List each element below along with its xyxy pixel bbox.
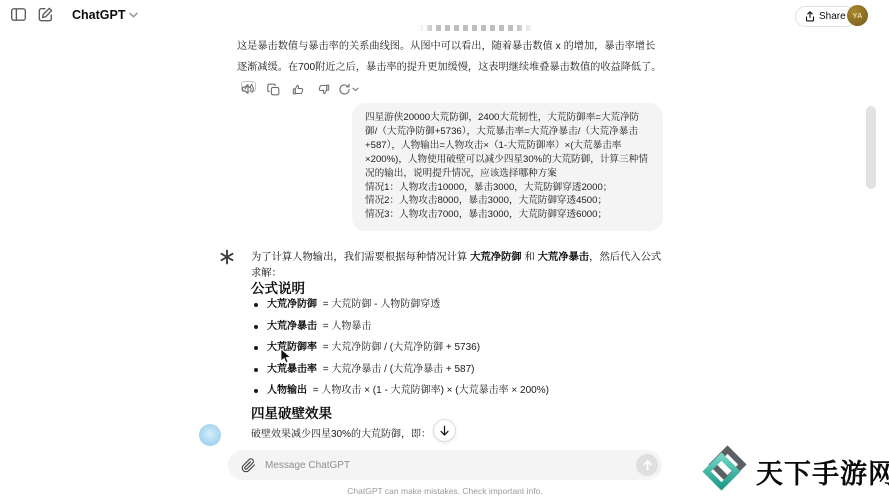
- diamond-logo-icon: [700, 444, 750, 498]
- copy-button[interactable]: [265, 81, 281, 97]
- user-message-case3: 情况3：人物攻击7000，暴击3000，大荒防御穿透6000；: [365, 208, 650, 222]
- formula-term: 大荒暴击率: [267, 364, 317, 375]
- formula-body: = 大荒防御 - 人物防御穿透: [323, 299, 441, 310]
- regenerate-icon: [338, 83, 351, 96]
- model-switcher[interactable]: ChatGPT: [72, 8, 138, 22]
- site-name: 天下手游网: [756, 452, 889, 491]
- intro-prefix: 为了计算人物输出，我们需要根据每种情况计算: [251, 252, 470, 263]
- thumbs-up-icon: [292, 83, 305, 96]
- formula-body: = 大荒净防御 / (大荒净防御 + 5736): [323, 342, 480, 353]
- formula-list: 大荒净防御 = 大荒防御 - 人物防御穿透 大荒净暴击 = 人物暴击 大荒防御率…: [251, 299, 661, 407]
- speaker-icon: [241, 82, 255, 96]
- bullet-dot-icon: [254, 303, 258, 307]
- formula-term: 人物输出: [267, 385, 307, 396]
- read-aloud-button[interactable]: [240, 81, 256, 97]
- message-input[interactable]: [265, 460, 636, 471]
- intro-term-2: 大荒净暴击: [538, 252, 589, 263]
- message-action-row: [240, 81, 356, 97]
- formula-body: = 人物攻击 × (1 - 大荒防御率) × (大荒暴击率 × 200%): [313, 385, 549, 396]
- disclaimer-text: ChatGPT can make mistakes. Check importa…: [228, 486, 662, 496]
- arrow-up-icon: [642, 460, 653, 471]
- assistant-top-text: 这是暴击数值与暴击率的关系曲线图。从图中可以看出，随着暴击数值 x 的增加，暴击…: [237, 41, 662, 73]
- list-item: 人物输出 = 人物攻击 × (1 - 大荒防御率) × (大荒暴击率 × 200…: [251, 385, 661, 397]
- app-title: ChatGPT: [72, 8, 125, 22]
- new-chat-pencil-icon: [37, 6, 54, 23]
- list-item: 大荒防御率 = 大荒净防御 / (大荒净防御 + 5736): [251, 342, 661, 354]
- arrow-down-icon: [439, 425, 450, 436]
- mouse-cursor: [280, 348, 292, 364]
- chatgpt-window: ChatGPT Share YA 这是暴击数值与暴击率的关系曲线图。从图中可以看…: [0, 0, 889, 500]
- chevron-down-icon: [352, 87, 359, 92]
- formula-body: = 人物暴击: [323, 321, 372, 332]
- formula-body: = 大荒净暴击 / (大荒净暴击 + 587): [323, 364, 475, 375]
- bullet-dot-icon: [254, 389, 258, 393]
- thumbs-down-button[interactable]: [315, 81, 331, 97]
- video-watermark-circle: [199, 424, 221, 446]
- scroll-to-bottom-button[interactable]: [433, 419, 456, 442]
- section-title-formulas: 公式说明: [251, 277, 305, 297]
- list-item: 大荒净防御 = 大荒防御 - 人物防御穿透: [251, 299, 661, 311]
- list-item: 大荒暴击率 = 大荒净暴击 / (大荒净暴击 + 587): [251, 364, 661, 376]
- regenerate-button[interactable]: [340, 81, 356, 97]
- bullet-dot-icon: [254, 325, 258, 329]
- user-message-body: 四星游侠20000大荒防御，2400大荒韧性，大荒防御率=大荒净防御/（大荒净防…: [365, 111, 650, 181]
- formula-term: 大荒防御率: [267, 342, 317, 353]
- assistant-reply-intro: 为了计算人物输出，我们需要根据每种情况计算 大荒净防御 和 大荒净暴击，然后代入…: [251, 250, 663, 282]
- thumbs-up-button[interactable]: [290, 81, 306, 97]
- scrollbar-thumb[interactable]: [866, 106, 876, 189]
- bullet-dot-icon: [254, 346, 258, 350]
- sidebar-toggle-button[interactable]: [10, 6, 27, 23]
- share-icon: [805, 11, 815, 22]
- section-title-breakwall: 四星破壁效果: [251, 402, 332, 422]
- copy-icon: [267, 83, 280, 96]
- message-composer: [228, 450, 662, 480]
- breakwall-text: 破壁效果减少四星30%的大荒防御，即：: [251, 425, 431, 440]
- attach-file-button[interactable]: [239, 456, 257, 474]
- user-message-bubble: 四星游侠20000大荒防御，2400大荒韧性，大荒防御率=大荒净防御/（大荒净防…: [352, 103, 663, 231]
- formula-term: 大荒净防御: [267, 299, 317, 310]
- avatar-initials: YA: [852, 11, 862, 20]
- intro-mid: 和: [522, 252, 538, 263]
- chevron-down-icon: [129, 12, 138, 18]
- site-watermark: 天下手游网: [700, 444, 886, 498]
- openai-logo-icon: [219, 249, 235, 265]
- paperclip-icon: [241, 458, 256, 473]
- bullet-dot-icon: [254, 368, 258, 372]
- send-button[interactable]: [636, 454, 658, 476]
- new-chat-button[interactable]: [37, 6, 54, 23]
- thumbs-down-icon: [317, 83, 330, 96]
- list-item: 大荒净暴击 = 人物暴击: [251, 321, 661, 333]
- user-avatar[interactable]: YA: [847, 5, 868, 26]
- clipped-chart-caption: [418, 25, 534, 31]
- user-message-case1: 情况1：人物攻击10000，暴击3000，大荒防御穿透2000；: [365, 181, 650, 195]
- sidebar-toggle-icon: [10, 6, 27, 23]
- share-label: Share: [819, 11, 846, 22]
- intro-term-1: 大荒净防御: [470, 252, 521, 263]
- formula-term: 大荒净暴击: [267, 321, 317, 332]
- user-message-case2: 情况2：人物攻击8000，暴击3000，大荒防御穿透4500；: [365, 194, 650, 208]
